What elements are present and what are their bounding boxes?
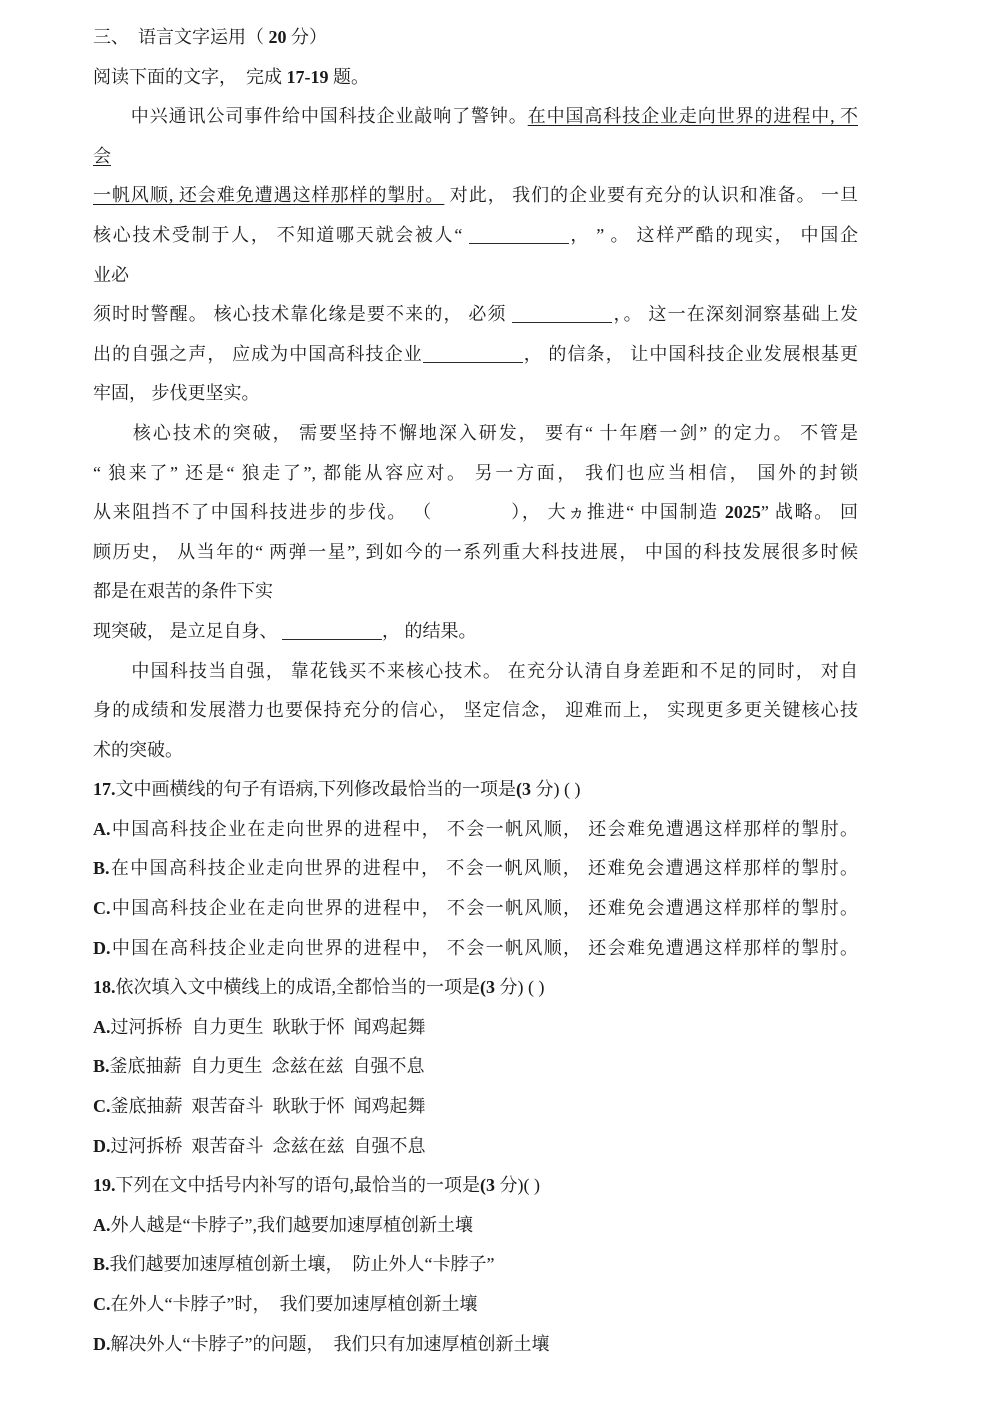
text-segment: ，。 这一在深刻洞察基础上发 (612, 304, 858, 324)
text-segment: 中国高科技企业在走向世界的进程中， 不会一帆风顺， 还难免会遭遇这样那样的掣肘。 (111, 898, 859, 918)
text-segment: 分)( ) (495, 1175, 540, 1195)
fill-in-blank (469, 238, 569, 244)
text-segment: 过河拆桥 自力更生 耿耿于怀 闻鸡起舞 (111, 1017, 426, 1037)
text-segment: 分) ( ) (495, 977, 544, 997)
text-segment: 文中画横线的句子有语病,下列修改最恰当的一项是 (116, 779, 517, 799)
text-segment: 分） (287, 27, 328, 47)
bold-text: D. (93, 1334, 111, 1354)
text-line: A.外人越是“卡脖子”,我们越要加速厚植创新土壤 (93, 1206, 858, 1246)
bold-text: (3 (516, 779, 531, 799)
text-segment: ， 的结果。 (382, 621, 477, 641)
text-segment: 过河拆桥 艰苦奋斗 念兹在兹 自强不息 (111, 1136, 426, 1156)
bold-text: A. (93, 1017, 111, 1037)
text-segment: 解决外人“卡脖子”的问题， 我们只有加速厚植创新土壤 (111, 1334, 550, 1354)
text-segment: 在外人“卡脖子”时， 我们要加速厚植创新土壤 (111, 1294, 478, 1314)
text-line: 业必 (93, 256, 858, 296)
text-segment: “ 狼来了” 还是“ 狼走了”, 都能从容应对。 另一方面， 我们也应当相信， … (93, 463, 858, 483)
text-segment: 核心技术的突破， 需要坚持不懈地深入研发， 要有“ 十年磨一剑” 的定力。 不管… (93, 423, 858, 443)
bold-text: C. (93, 1096, 111, 1116)
text-line: 顾历史， 从当年的“ 两弹一星”, 到如今的一系列重大科技进展， 中国的科技发展… (93, 533, 858, 573)
bold-text: 17-19 (287, 67, 329, 87)
text-line: D.解决外人“卡脖子”的问题， 我们只有加速厚植创新土壤 (93, 1325, 858, 1365)
text-segment: 业必 (93, 265, 129, 285)
text-segment: 牢固， 步伐更坚实。 (93, 383, 260, 403)
text-segment: 分) ( ) (531, 779, 580, 799)
text-segment: ” 战略。 回 (761, 502, 858, 522)
text-segment: 下列在文中括号内补写的语句,最恰当的一项是 (116, 1175, 481, 1195)
underlined-text: 在中国高科技企业走向世界的进程中, 不 (528, 106, 858, 126)
text-segment: 釜底抽薪 自力更生 念兹在兹 自强不息 (110, 1056, 425, 1076)
text-segment: 阅读下面的文字， 完成 (93, 67, 287, 87)
bold-text: 2025 (725, 502, 761, 522)
text-line: B.我们越要加速厚植创新土壤， 防止外人“卡脖子” (93, 1245, 858, 1285)
bold-text: 20 (269, 27, 287, 47)
text-segment: 中国在高科技企业走向世界的进程中， 不会一帆风顺， 还会难免遭遇这样那样的掣肘。 (111, 938, 859, 958)
bold-text: A. (93, 819, 111, 839)
text-line: 牢固， 步伐更坚实。 (93, 374, 858, 414)
text-segment: 核心技术受制于人， 不知道哪天就会被人“ (93, 225, 469, 245)
text-segment: 外人越是“卡脖子”,我们越要加速厚植创新土壤 (111, 1215, 473, 1235)
text-line: 三、 语言文字运用（ 20 分） (93, 18, 858, 58)
fill-in-blank (423, 357, 523, 363)
text-line: 须时时警醒。 核心技术靠化缘是要不来的， 必须 ，。 这一在深刻洞察基础上发 (93, 295, 858, 335)
text-line: D.中国在高科技企业走向世界的进程中， 不会一帆风顺， 还会难免遭遇这样那样的掣… (93, 929, 858, 969)
text-segment: ， ” 。 这样严酷的现实， 中国企 (569, 225, 858, 245)
text-segment: 中国科技当自强， 靠花钱买不来核心技术。 在充分认清自身差距和不足的同时， 对自 (93, 661, 858, 681)
text-segment: 现突破， 是立足自身、 (93, 621, 282, 641)
text-segment: 顾历史， 从当年的“ 两弹一星”, 到如今的一系列重大科技进展， 中国的科技发展… (93, 542, 858, 562)
text-line: 都是在艰苦的条件下实 (93, 572, 858, 612)
text-line: B.在中国高科技企业走向世界的进程中， 不会一帆风顺， 还难免会遭遇这样那样的掣… (93, 849, 858, 889)
text-line: 阅读下面的文字， 完成 17-19 题。 (93, 58, 858, 98)
text-segment: 从来阻挡不了中国科技进步的步伐。 （ ）， 大ヵ推进“ 中国制造 (93, 502, 725, 522)
text-segment: 三、 语言文字运用（ (93, 27, 269, 47)
underlined-text: 一帆风顺, 还会难免遭遇这样那样的掣肘。 (93, 185, 444, 205)
text-line: 19.下列在文中括号内补写的语句,最恰当的一项是(3 分)( ) (93, 1166, 858, 1206)
text-line: 18.依次填入文中横线上的成语,全都恰当的一项是(3 分) ( ) (93, 968, 858, 1008)
text-segment: 对此， 我们的企业要有充分的认识和准备。 一旦 (444, 185, 858, 205)
fill-in-blank (512, 317, 612, 323)
text-segment: 身的成绩和发展潜力也要保持充分的信心， 坚定信念， 迎难而上， 实现更多更关键核… (93, 700, 858, 720)
underlined-text: 会 (93, 146, 111, 166)
bold-text: A. (93, 1215, 111, 1235)
text-line: C.釜底抽薪 艰苦奋斗 耿耿于怀 闻鸡起舞 (93, 1087, 858, 1127)
text-line: 核心技术受制于人， 不知道哪天就会被人“ ， ” 。 这样严酷的现实， 中国企 (93, 216, 858, 256)
text-line: A.中国高科技企业在走向世界的进程中， 不会一帆风顺， 还会难免遭遇这样那样的掣… (93, 810, 858, 850)
text-line: 现突破， 是立足自身、 ， 的结果。 (93, 612, 858, 652)
text-segment: 出的自强之声， 应成为中国高科技企业 (93, 344, 423, 364)
bold-text: B. (93, 1254, 110, 1274)
text-line: D.过河拆桥 艰苦奋斗 念兹在兹 自强不息 (93, 1127, 858, 1167)
bold-text: 19. (93, 1175, 116, 1195)
text-segment: ， 的信条， 让中国科技企业发展根基更 (523, 344, 858, 364)
bold-text: (3 (480, 977, 495, 997)
text-segment: 题。 (329, 67, 370, 87)
text-line: 中兴通讯公司事件给中国科技企业敲响了警钟。在中国高科技企业走向世界的进程中, 不 (93, 97, 858, 137)
text-segment: 须时时警醒。 核心技术靠化缘是要不来的， 必须 (93, 304, 512, 324)
text-segment: 中兴通讯公司事件给中国科技企业敲响了警钟。 (93, 106, 528, 126)
text-line: C.在外人“卡脖子”时， 我们要加速厚植创新土壤 (93, 1285, 858, 1325)
text-segment: 中国高科技企业在走向世界的进程中， 不会一帆风顺， 还会难免遭遇这样那样的掣肘。 (111, 819, 859, 839)
text-segment: 都是在艰苦的条件下实 (93, 581, 273, 601)
bold-text: (3 (480, 1175, 495, 1195)
bold-text: B. (93, 858, 110, 878)
text-line: 从来阻挡不了中国科技进步的步伐。 （ ）， 大ヵ推进“ 中国制造 2025” 战… (93, 493, 858, 533)
text-line: 17.文中画横线的句子有语病,下列修改最恰当的一项是(3 分) ( ) (93, 770, 858, 810)
bold-text: D. (93, 1136, 111, 1156)
bold-text: D. (93, 938, 111, 958)
text-line: 核心技术的突破， 需要坚持不懈地深入研发， 要有“ 十年磨一剑” 的定力。 不管… (93, 414, 858, 454)
text-line: 会 (93, 137, 858, 177)
text-line: C.中国高科技企业在走向世界的进程中， 不会一帆风顺， 还难免会遭遇这样那样的掣… (93, 889, 858, 929)
text-line: 一帆风顺, 还会难免遭遇这样那样的掣肘。 对此， 我们的企业要有充分的认识和准备… (93, 176, 858, 216)
text-segment: 术的突破。 (93, 740, 183, 760)
text-line: 身的成绩和发展潜力也要保持充分的信心， 坚定信念， 迎难而上， 实现更多更关键核… (93, 691, 858, 731)
text-line: 中国科技当自强， 靠花钱买不来核心技术。 在充分认清自身差距和不足的同时， 对自 (93, 652, 858, 692)
bold-text: 17. (93, 779, 116, 799)
bold-text: C. (93, 1294, 111, 1314)
text-line: A.过河拆桥 自力更生 耿耿于怀 闻鸡起舞 (93, 1008, 858, 1048)
fill-in-blank (282, 634, 382, 640)
text-line: 出的自强之声， 应成为中国高科技企业， 的信条， 让中国科技企业发展根基更 (93, 335, 858, 375)
text-segment: 釜底抽薪 艰苦奋斗 耿耿于怀 闻鸡起舞 (111, 1096, 426, 1116)
exam-paper-page: 三、 语言文字运用（ 20 分）阅读下面的文字， 完成 17-19 题。 中兴通… (0, 0, 992, 1403)
bold-text: C. (93, 898, 111, 918)
text-line: B.釜底抽薪 自力更生 念兹在兹 自强不息 (93, 1047, 858, 1087)
bold-text: 18. (93, 977, 116, 997)
text-line: 术的突破。 (93, 731, 858, 771)
text-segment: 我们越要加速厚植创新土壤， 防止外人“卡脖子” (110, 1254, 495, 1274)
text-segment: 依次填入文中横线上的成语,全都恰当的一项是 (116, 977, 481, 997)
bold-text: B. (93, 1056, 110, 1076)
text-segment: 在中国高科技企业走向世界的进程中， 不会一帆风顺， 还难免会遭遇这样那样的掣肘。 (110, 858, 858, 878)
text-line: “ 狼来了” 还是“ 狼走了”, 都能从容应对。 另一方面， 我们也应当相信， … (93, 454, 858, 494)
